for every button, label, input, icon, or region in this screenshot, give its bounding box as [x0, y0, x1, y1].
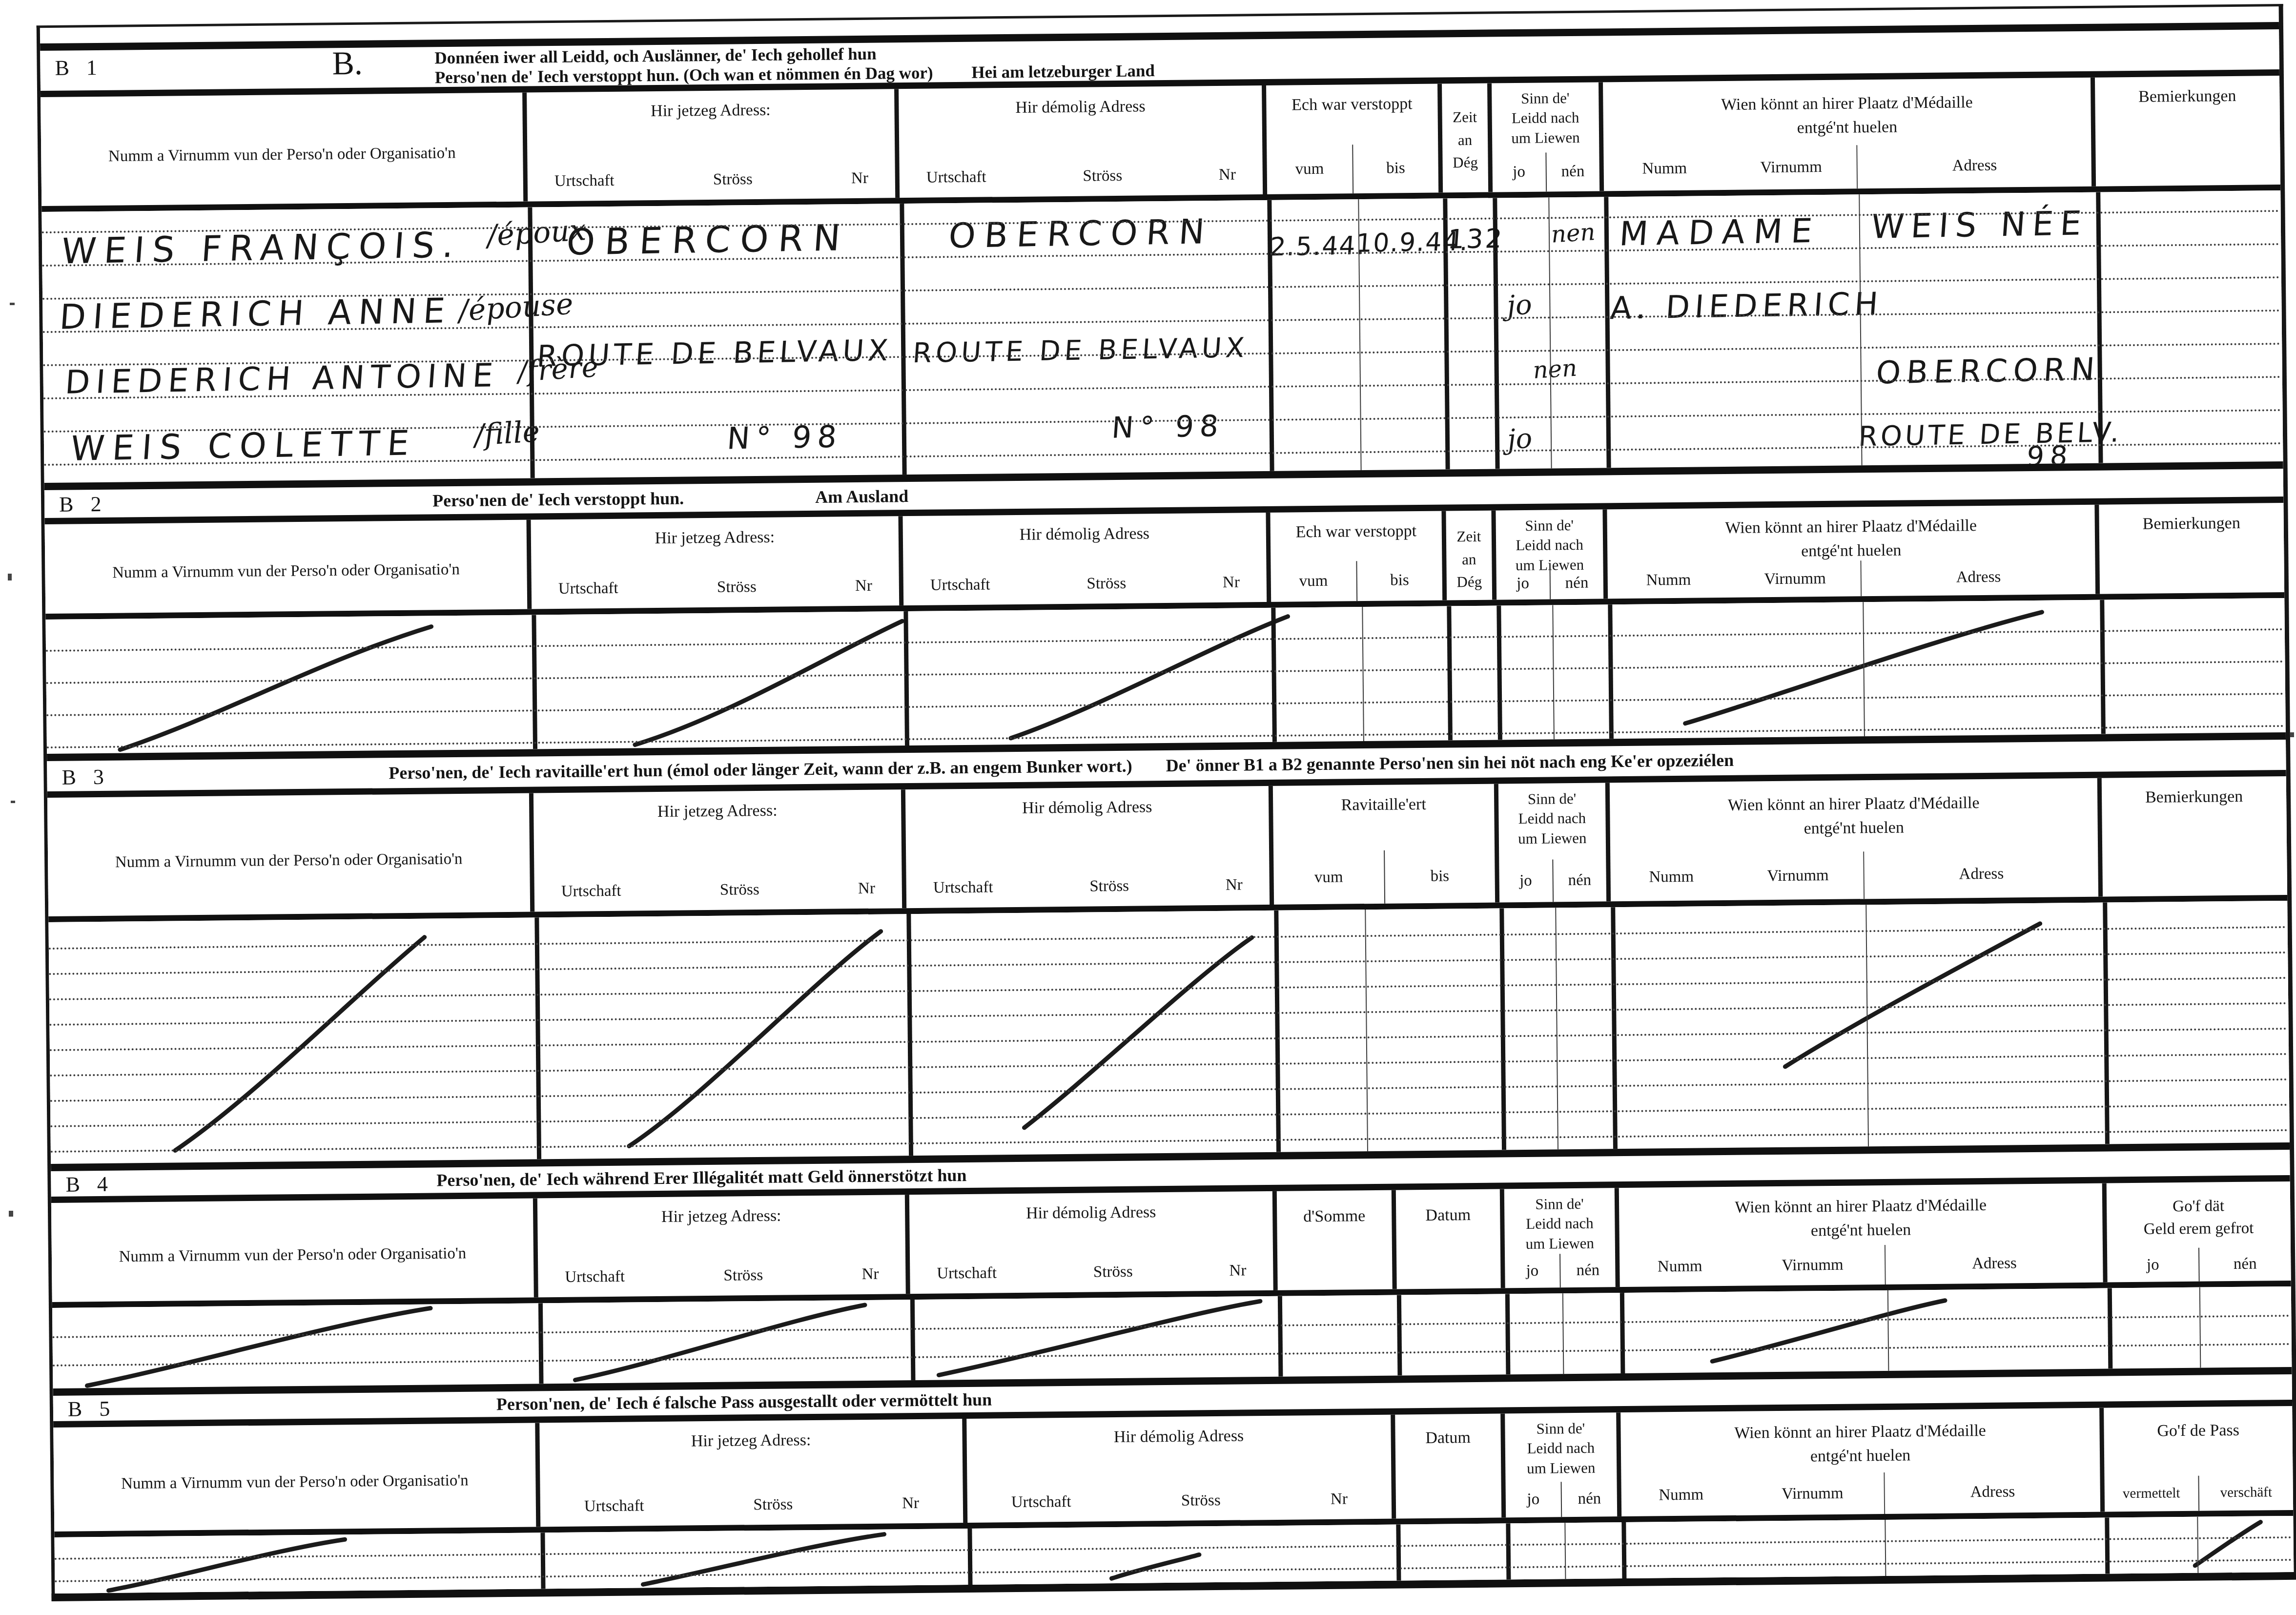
col-medal-line2: entgé'nt huelen	[1610, 814, 2097, 843]
column-rule	[1887, 1290, 1889, 1371]
section-b5: B 5 Person'nen, de' Iech é falsche Pass …	[53, 1367, 2294, 1594]
col-zeit-line3: Dég	[1447, 571, 1492, 594]
section-b4-column-headers: Numm a Virnumm vun der Perso'n oder Orga…	[51, 1181, 2291, 1308]
column-rule	[1621, 1522, 1626, 1578]
col-medal: Wien könnt an hirer Plaatz d'Médaille en…	[1620, 1408, 2105, 1516]
column-rule	[1611, 907, 1618, 1149]
col-hidden-label: Ech war verstoppt	[1266, 95, 1437, 115]
col-ravitailleert: Ravitaille'ert vum bis	[1273, 784, 1499, 904]
col-virnumm-label: Virnumm	[1725, 145, 1857, 190]
col-name-label: Numm a Virnumm vun der Perso'n oder Orga…	[59, 1471, 531, 1493]
column-rule	[1562, 1293, 1564, 1374]
entry-alive-3: nen	[1532, 354, 1578, 384]
col-numm-label: Numm	[1603, 146, 1725, 191]
col-former-address-label: Hir démolig Adress	[966, 1426, 1391, 1448]
col-bis-label: bis	[1384, 849, 1496, 904]
col-former-address-label: Hir démolig Adress	[903, 523, 1266, 545]
col-zeit-line3: Dég	[1442, 151, 1488, 174]
col-alive: Sinn de' Leidd nach um Liewen jo nén	[1498, 783, 1611, 902]
col-urtschaft-label: Urtschaft	[930, 576, 990, 594]
col-urtschaft-label: Urtschaft	[565, 1268, 625, 1286]
col-nen-label: nén	[1549, 567, 1603, 600]
col-adress-label: Adress	[1885, 1242, 2103, 1284]
section-b2-subtitle: Am Ausland	[815, 486, 908, 507]
col-stross-label: Ströss	[720, 881, 759, 899]
column-rule	[2105, 1518, 2110, 1574]
section-b2-title-text: Perso'nen de' Iech verstoppt hun.	[432, 488, 684, 510]
col-name: Numm a Virnumm vun der Perso'n oder Orga…	[47, 793, 534, 916]
col-alive: Sinn de' Leidd nach um Liewen jo nén	[1505, 1412, 1621, 1517]
col-alive-line2: Leidd nach	[1492, 108, 1599, 128]
col-money-line2: Geld erem gefrot	[2107, 1217, 2290, 1241]
column-rule	[2103, 903, 2110, 1144]
col-current-address-label: Hir jetzeg Adress:	[527, 100, 894, 122]
column-rule	[538, 1303, 544, 1384]
entry-former-street: ROUTE DE BELVAUX	[912, 332, 1250, 369]
dotted-rule	[50, 1078, 2289, 1102]
column-rule	[900, 204, 906, 475]
col-hidden: Ech war verstoppt vum bis	[1270, 511, 1447, 601]
col-pass-given: Go'f de Pass vermettelt verschäft	[2104, 1406, 2293, 1512]
col-nr-label: Nr	[1226, 876, 1243, 894]
col-numm-label: Numm	[1619, 1246, 1741, 1287]
col-pass-label: Go'f de Pass	[2104, 1421, 2292, 1441]
dotted-rule	[49, 926, 2288, 950]
section-b4-id: B 4	[65, 1172, 114, 1197]
section-b4-title: Perso'nen, de' Iech während Erer Illégal…	[436, 1165, 966, 1190]
col-bis-label: bis	[1352, 144, 1438, 193]
dotted-rule	[53, 1343, 2292, 1367]
column-rule	[1271, 608, 1277, 742]
col-numm-label: Numm	[1621, 1474, 1741, 1517]
col-nr-label: Nr	[1223, 574, 1240, 592]
col-vum-label: vum	[1267, 145, 1352, 194]
column-rule	[1397, 1295, 1402, 1375]
column-rule	[906, 914, 913, 1156]
col-urtschaft-label: Urtschaft	[584, 1497, 644, 1515]
col-urtschaft-label: Urtschaft	[937, 1264, 997, 1283]
scan-artifact	[10, 303, 15, 305]
column-rule	[1362, 607, 1364, 741]
col-virnumm-label: Virnumm	[1741, 1472, 1885, 1515]
col-nr-label: Nr	[1331, 1491, 1348, 1509]
col-alive-line2: Leidd nach	[1505, 1438, 1617, 1459]
col-somme: d'Somme	[1277, 1190, 1397, 1290]
col-nr-label: Nr	[902, 1494, 919, 1512]
section-b3-body	[48, 901, 2290, 1164]
dotted-rule	[55, 1559, 2294, 1582]
col-vum-label: vum	[1273, 850, 1384, 905]
col-current-address-label: Hir jetzeg Adress:	[537, 1205, 905, 1227]
col-nen-label: nén	[1559, 1253, 1616, 1287]
entry-medal-madame: MADAME	[1618, 212, 1822, 254]
scan-artifact	[9, 1211, 13, 1217]
entry-alive-1: nen	[1550, 218, 1596, 248]
scan-artifact	[11, 801, 15, 803]
form-table: B 1 B. Donnéen iwer all Leidd, och Auslä…	[37, 4, 2296, 1601]
column-rule	[1564, 1523, 1566, 1579]
col-stross-label: Ströss	[717, 578, 757, 597]
col-nr-label: Nr	[861, 1265, 879, 1284]
col-current-address: Hir jetzeg Adress: Urtschaft Ströss Nr	[531, 516, 904, 609]
col-money-returned: Go'f dät Geld erem gefrot jo nén	[2107, 1181, 2291, 1283]
col-stross-label: Ströss	[1093, 1263, 1133, 1282]
col-alive: Sinn de' Leidd nach um Liewen jo nén	[1504, 1188, 1620, 1288]
column-rule	[1885, 1520, 1886, 1576]
dotted-rule	[50, 1053, 2289, 1077]
col-stross-label: Ströss	[753, 1495, 793, 1514]
col-alive-line2: Leidd nach	[1498, 808, 1605, 829]
col-urtschaft-label: Urtschaft	[561, 882, 621, 901]
col-former-address: Hir démolig Adress Urtschaft Ströss Nr	[909, 1191, 1278, 1294]
col-adress-label: Adress	[1857, 143, 2091, 189]
col-money-line1: Go'f dät	[2107, 1194, 2290, 1219]
col-zeit: Zeit an Dég	[1446, 510, 1496, 600]
col-nen-label: nén	[2198, 1247, 2291, 1282]
col-name: Numm a Virnumm vun der Perso'n oder Orga…	[51, 1198, 538, 1302]
col-numm-label: Numm	[1607, 562, 1729, 599]
section-b2-body	[45, 598, 2285, 754]
dotted-rule	[42, 276, 2281, 300]
col-datum-label: Datum	[1395, 1428, 1500, 1448]
section-b1: B 1 B. Donnéen iwer all Leidd, och Auslä…	[40, 22, 2283, 483]
col-name-label: Numm a Virnumm vun der Perso'n oder Orga…	[46, 144, 518, 166]
entry-hidden-from: 2.5.44.	[1269, 231, 1366, 262]
column-rule	[1274, 911, 1281, 1152]
col-name-label: Numm a Virnumm vun der Perso'n oder Orga…	[50, 560, 522, 582]
col-name: Numm a Virnumm vun der Perso'n oder Orga…	[53, 1423, 540, 1532]
section-b3-title2-text: De' önner B1 a B2 genannte Perso'nen sin…	[1166, 750, 1734, 775]
column-rule	[1447, 606, 1453, 740]
col-alive-line3: um Liewen	[1505, 1458, 1617, 1478]
col-current-address-label: Hir jetzeg Adress:	[531, 527, 899, 549]
col-remarks-label: Bemierkungen	[2102, 787, 2286, 807]
col-stross-label: Ströss	[713, 170, 753, 189]
dotted-rule	[49, 952, 2288, 975]
section-b1-letter: B.	[332, 44, 363, 83]
col-jo-label: jo	[1506, 1482, 1561, 1518]
dotted-rule	[49, 977, 2288, 1000]
col-alive-line1: Sinn de'	[1496, 515, 1603, 536]
column-rule	[534, 917, 541, 1159]
dotted-rule	[46, 661, 2285, 684]
col-name-label: Numm a Virnumm vun der Perso'n oder Orga…	[53, 849, 525, 872]
col-medal: Wien könnt an hirer Plaatz d'Médaille en…	[1603, 78, 2096, 191]
section-b1-body: WEIS FRANÇOIS. /époux DIEDERICH ANNE /ép…	[41, 190, 2283, 483]
column-rule	[1608, 604, 1614, 739]
col-verschaft-label: verschäft	[2198, 1474, 2293, 1511]
section-b3-title-text: Perso'nen, de' Iech ravitaille'ert hun (…	[389, 756, 1132, 783]
section-b1-id: B 1	[55, 55, 103, 81]
column-rule	[2100, 600, 2106, 734]
col-alive-line2: Leidd nach	[1504, 1214, 1615, 1234]
scan-artifact	[2290, 732, 2294, 737]
col-remarks: Bemierkungen	[2095, 76, 2280, 186]
dotted-rule	[55, 1536, 2294, 1560]
entry-current-street: ROUTE DE BELVAUX	[536, 333, 893, 373]
col-nr-label: Nr	[1229, 1262, 1246, 1280]
section-b5-id: B 5	[68, 1396, 116, 1422]
col-ravitailleert-label: Ravitaille'ert	[1273, 795, 1494, 815]
column-rule	[1555, 908, 1558, 1149]
col-remarks-label: Bemierkungen	[2095, 86, 2279, 107]
column-rule	[910, 1300, 916, 1380]
col-urtschaft-label: Urtschaft	[558, 580, 618, 598]
col-remarks-label: Bemierkungen	[2099, 514, 2284, 534]
col-zeit-line1: Zeit	[1442, 106, 1487, 129]
strikeout-marks	[45, 598, 2285, 754]
col-current-address: Hir jetzeg Adress: Urtschaft Ströss Nr	[527, 89, 900, 201]
col-zeit: Zeit an Dég	[1442, 83, 1493, 193]
col-nr-label: Nr	[1219, 166, 1236, 184]
column-rule	[1499, 908, 1506, 1150]
col-medal: Wien könnt an hirer Plaatz d'Médaille en…	[1619, 1183, 2108, 1287]
col-alive-line3: um Liewen	[1505, 1233, 1615, 1254]
col-current-address: Hir jetzeg Adress: Urtschaft Ströss Nr	[533, 789, 906, 911]
col-alive: Sinn de' Leidd nach um Liewen jo nén	[1496, 509, 1608, 600]
col-jo-label: jo	[2107, 1248, 2199, 1283]
col-adress-label: Adress	[1884, 1470, 2100, 1514]
dotted-rule	[53, 1315, 2292, 1338]
section-b5-column-headers: Numm a Virnumm vun der Perso'n oder Orga…	[53, 1406, 2293, 1537]
col-jo-label: jo	[1496, 567, 1550, 600]
col-zeit-line1: Zeit	[1446, 525, 1492, 548]
section-b1-column-headers: Numm a Virnumm vun der Perso'n oder Orga…	[41, 76, 2280, 212]
col-urtschaft-label: Urtschaft	[926, 168, 986, 186]
col-virnumm-label: Virnumm	[1732, 851, 1864, 900]
col-medal: Wien könnt an hirer Plaatz d'Médaille en…	[1610, 778, 2103, 902]
col-nr-label: Nr	[855, 577, 872, 595]
col-name: Numm a Virnumm vun der Perso'n oder Orga…	[41, 93, 528, 207]
dotted-rule	[46, 693, 2285, 716]
col-datum: Datum	[1396, 1189, 1505, 1289]
col-medal: Wien könnt an hirer Plaatz d'Médaille en…	[1607, 505, 2100, 599]
col-datum: Datum	[1395, 1413, 1506, 1518]
column-rule	[1278, 1296, 1283, 1377]
col-medal-line2: entgé'nt huelen	[1619, 1216, 2102, 1245]
col-alive-line3: um Liewen	[1492, 127, 1599, 148]
col-current-address: Hir jetzeg Adress: Urtschaft Ströss Nr	[537, 1195, 910, 1297]
col-alive-line1: Sinn de'	[1504, 1194, 1615, 1214]
column-rule	[1552, 605, 1555, 739]
col-former-address: Hir démolig Adress Urtschaft Ströss Nr	[905, 786, 1274, 908]
section-b2-title: Perso'nen de' Iech verstoppt hun. Am Aus…	[432, 486, 908, 511]
col-adress-label: Adress	[1861, 559, 2095, 597]
column-rule	[1506, 1523, 1511, 1579]
column-rule	[2108, 1288, 2113, 1368]
column-rule	[1604, 197, 1611, 468]
col-urtschaft-label: Urtschaft	[1011, 1493, 1071, 1511]
col-vum-label: vum	[1271, 561, 1356, 602]
column-rule	[1496, 605, 1502, 740]
col-nr-label: Nr	[851, 169, 868, 187]
col-former-address-label: Hir démolig Adress	[909, 1202, 1272, 1224]
col-alive-line1: Sinn de'	[1498, 788, 1605, 809]
col-hidden-label: Ech war verstoppt	[1271, 522, 1442, 542]
column-rule	[1865, 905, 1869, 1146]
section-b3-column-headers: Numm a Virnumm vun der Perso'n oder Orga…	[47, 776, 2287, 922]
col-vermettelt-label: vermettelt	[2104, 1475, 2198, 1511]
col-jo-label: jo	[1505, 1254, 1560, 1288]
col-bis-label: bis	[1356, 560, 1442, 601]
col-nen-label: nén	[1545, 152, 1599, 191]
entry-former-town: OBERCORN	[947, 211, 1215, 256]
column-rule	[1365, 910, 1368, 1151]
col-remarks: Bemierkungen	[2099, 503, 2284, 594]
col-name-label: Numm a Virnumm vun der Perso'n oder Orga…	[57, 1244, 529, 1266]
section-b3-title: Perso'nen, de' Iech ravitaille'ert hun (…	[389, 750, 1734, 783]
column-rule	[2199, 1287, 2201, 1368]
column-rule	[967, 1529, 972, 1585]
col-jo-label: jo	[1499, 859, 1552, 903]
dotted-rule	[50, 1104, 2289, 1127]
col-nen-label: nén	[1561, 1481, 1618, 1517]
col-datum-label: Datum	[1396, 1205, 1500, 1225]
col-numm-label: Numm	[1610, 853, 1732, 902]
section-b1-titles: Donnéen iwer all Leidd, och Auslänner, d…	[434, 41, 1155, 87]
section-b5-title: Person'nen, de' Iech é falsche Pass ausg…	[496, 1389, 992, 1414]
col-alive-line1: Sinn de'	[1492, 88, 1599, 108]
col-alive-line3: um Liewen	[1499, 828, 1606, 849]
section-b2-id: B 2	[59, 492, 107, 517]
scanned-form-page: B 1 B. Donnéen iwer all Leidd, och Auslä…	[0, 0, 2296, 1615]
section-b1-title-line2b: Hei am letzeburger Land	[971, 61, 1155, 82]
col-alive: Sinn de' Leidd nach um Liewen jo nén	[1492, 82, 1604, 192]
col-stross-label: Ströss	[723, 1266, 763, 1285]
section-b2: B 2 Perso'nen de' Iech verstoppt hun. Am…	[44, 461, 2286, 754]
col-current-address: Hir jetzeg Adress: Urtschaft Ströss Nr	[539, 1419, 967, 1527]
entry-former-nr: N° 98	[1110, 409, 1225, 445]
col-jo-label: jo	[1492, 152, 1545, 192]
col-somme-label: d'Somme	[1277, 1207, 1392, 1226]
column-rule	[1505, 1294, 1511, 1374]
col-former-address-label: Hir démolig Adress	[905, 797, 1269, 819]
col-former-address: Hir démolig Adress Urtschaft Ströss Nr	[902, 513, 1271, 605]
section-b3-id: B 3	[61, 765, 110, 790]
col-stross-label: Ströss	[1086, 575, 1126, 593]
section-b3: B 3 Perso'nen, de' Iech ravitaille'ert h…	[47, 732, 2290, 1164]
column-rule	[2197, 1517, 2198, 1573]
col-virnumm-label: Virnumm	[1729, 560, 1861, 598]
entry-medal-line2: A. DIEDERICH	[1609, 286, 1884, 327]
column-rule	[903, 611, 909, 745]
col-hidden: Ech war verstoppt vum bis	[1266, 84, 1443, 194]
entry-medal-name: WEIS NÉE	[1870, 204, 2090, 246]
col-remarks: Bemierkungen	[2102, 776, 2287, 897]
column-rule	[1863, 602, 1865, 736]
scan-artifact	[8, 574, 12, 580]
col-medal-line2: entgé'nt huelen	[1621, 1442, 2100, 1470]
col-stross-label: Ströss	[1089, 877, 1129, 896]
section-b4: B 4 Perso'nen, de' Iech während Erer Ill…	[51, 1142, 2292, 1388]
entry-medal-town: OBERCORN	[1875, 352, 2102, 392]
col-nr-label: Nr	[858, 880, 875, 898]
column-rule	[540, 1532, 545, 1589]
dotted-rule	[49, 1002, 2288, 1026]
col-current-address-label: Hir jetzeg Adress:	[539, 1429, 962, 1452]
col-former-address: Hir démolig Adress Urtschaft Ströss Nr	[966, 1415, 1396, 1523]
dotted-rule	[46, 628, 2285, 652]
col-alive-line2: Leidd nach	[1496, 535, 1603, 556]
col-virnumm-label: Virnumm	[1740, 1245, 1885, 1286]
col-stross-label: Ströss	[1181, 1491, 1221, 1510]
col-stross-label: Ströss	[1083, 167, 1122, 186]
col-alive-line1: Sinn de'	[1505, 1418, 1616, 1439]
col-zeit-line2: an	[1446, 548, 1492, 571]
col-medal-line2: entgé'nt huelen	[1603, 113, 2091, 142]
col-former-address-label: Hir démolig Adress	[899, 96, 1262, 118]
dotted-rule	[50, 1028, 2289, 1051]
col-urtschaft-label: Urtschaft	[554, 172, 615, 190]
col-urtschaft-label: Urtschaft	[933, 878, 993, 897]
col-nen-label: nén	[1552, 859, 1606, 902]
col-current-address-label: Hir jetzeg Adress:	[533, 800, 901, 822]
column-rule	[1396, 1524, 1401, 1580]
col-zeit-line2: an	[1442, 128, 1488, 151]
col-name: Numm a Virnumm vun der Perso'n oder Orga…	[45, 519, 532, 614]
col-adress-label: Adress	[1864, 849, 2098, 899]
col-former-address: Hir démolig Adress Urtschaft Ströss Nr	[899, 85, 1267, 198]
column-rule	[532, 615, 537, 749]
column-rule	[1620, 1293, 1625, 1373]
